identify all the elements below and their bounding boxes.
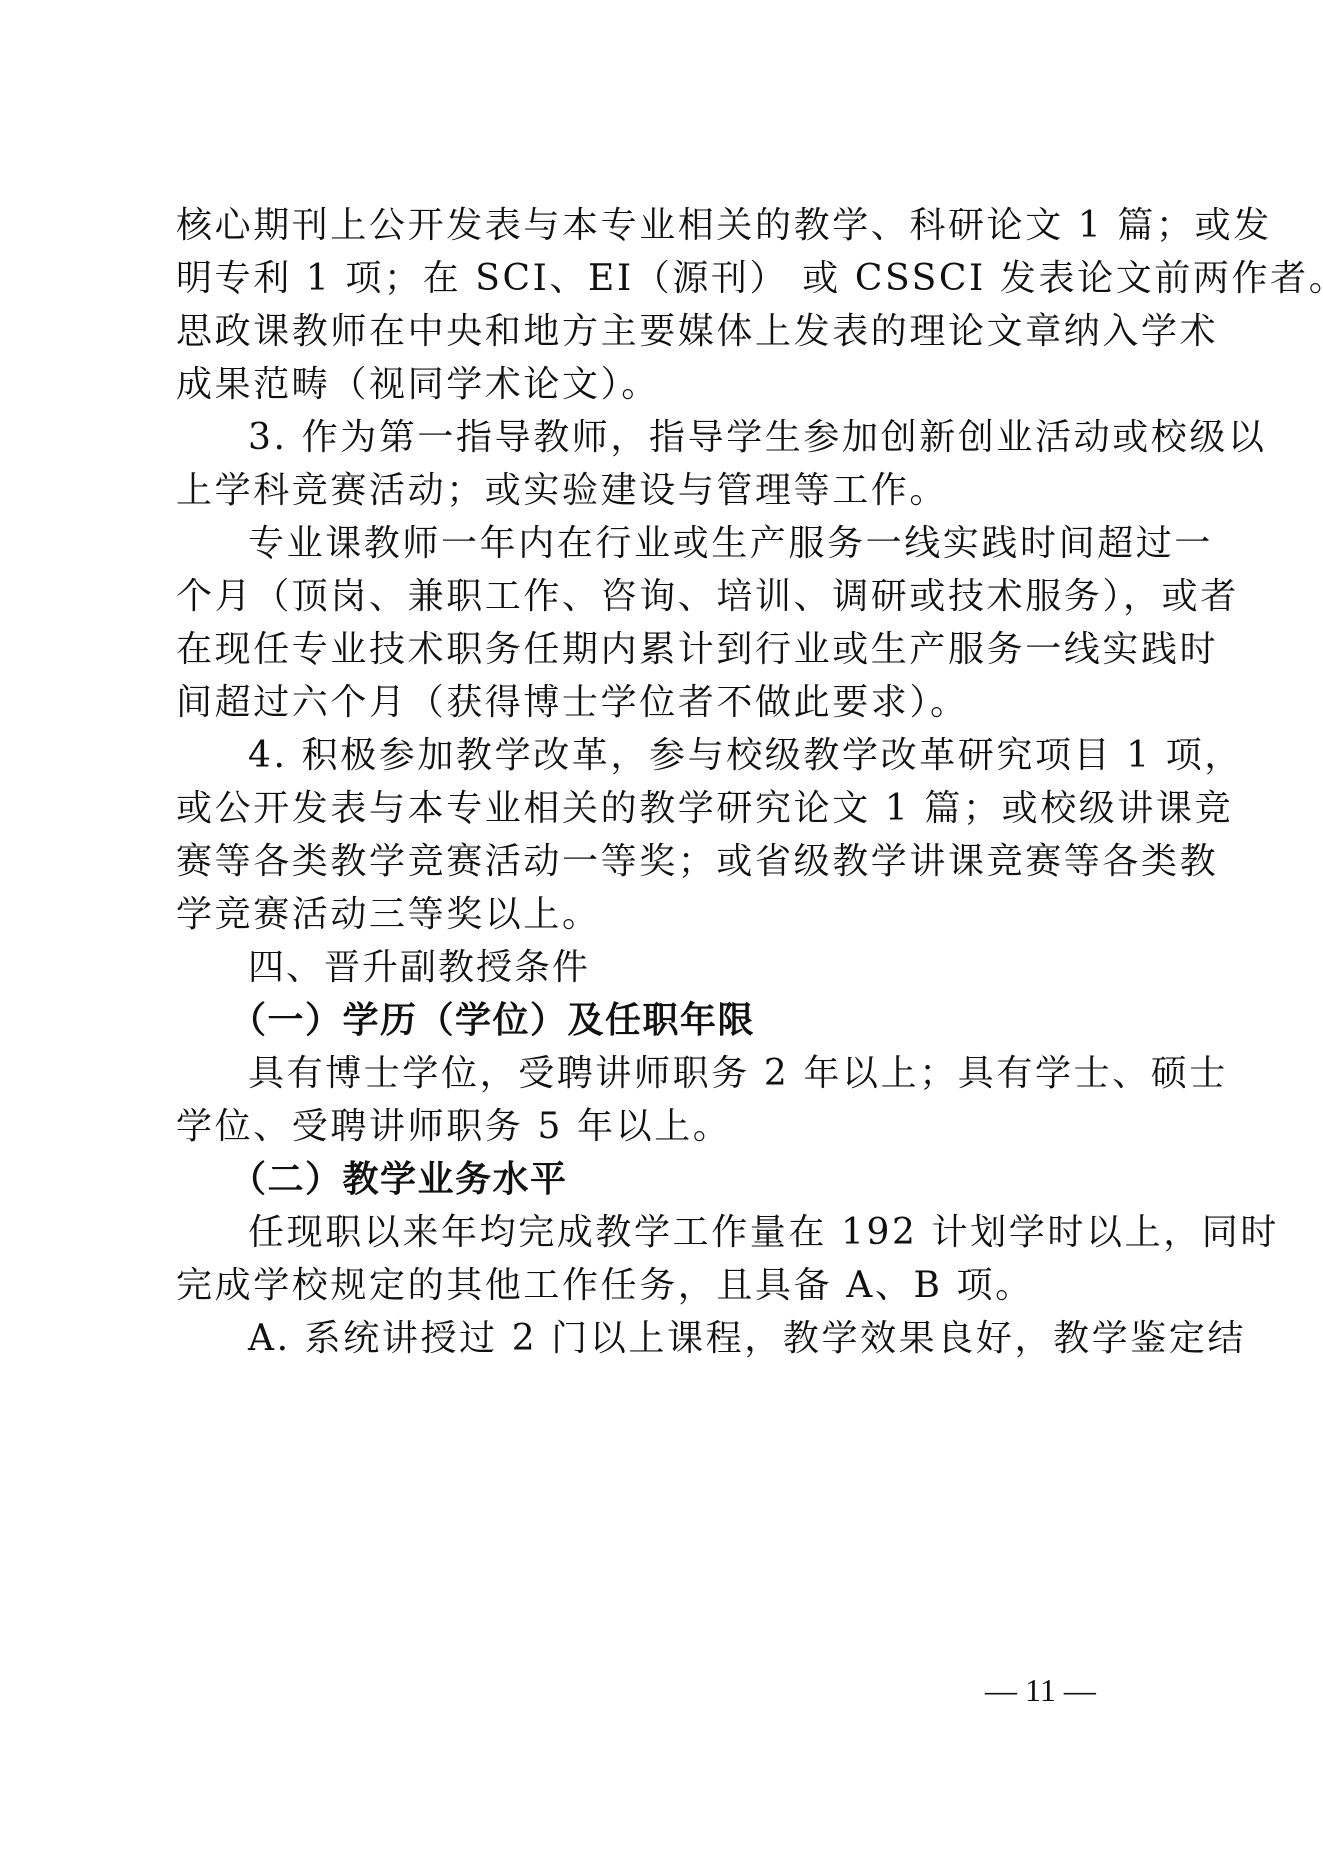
paragraph-line: 个月（顶岗、兼职工作、咨询、培训、调研或技术服务），或者 bbox=[176, 577, 1148, 617]
paragraph-line: 学竞赛活动三等奖以上。 bbox=[176, 895, 1148, 935]
list-item-3: 3. 作为第一指导教师，指导学生参加创新创业活动或校级以 bbox=[248, 418, 1148, 458]
paragraph-line: 赛等各类教学竞赛活动一等奖；或省级教学讲课竞赛等各类教 bbox=[176, 842, 1148, 882]
paragraph-line: 具有博士学位，受聘讲师职务 2 年以上；具有学士、硕士 bbox=[248, 1054, 1148, 1094]
list-item-a: A. 系统讲授过 2 门以上课程，教学效果良好，教学鉴定结 bbox=[248, 1319, 1148, 1359]
paragraph-line: 完成学校规定的其他工作任务，且具备 A、B 项。 bbox=[176, 1266, 1148, 1306]
list-item-4: 4. 积极参加教学改革，参与校级教学改革研究项目 1 项， bbox=[248, 736, 1148, 776]
subsection-heading: （一）学历（学位）及任职年限 bbox=[230, 1001, 1202, 1041]
paragraph-line: 明专利 1 项；在 SCI、EI（源刊） 或 CSSCI 发表论文前两作者。 bbox=[176, 259, 1148, 299]
paragraph-line: 专业课教师一年内在行业或生产服务一线实践时间超过一 bbox=[248, 524, 1148, 564]
paragraph-line: 或公开发表与本专业相关的教学研究论文 1 篇；或校级讲课竞 bbox=[176, 789, 1148, 829]
paragraph-line: 学位、受聘讲师职务 5 年以上。 bbox=[176, 1107, 1148, 1147]
paragraph-line: 上学科竞赛活动；或实验建设与管理等工作。 bbox=[176, 471, 1148, 511]
paragraph-line: 核心期刊上公开发表与本专业相关的教学、科研论文 1 篇；或发 bbox=[176, 206, 1148, 246]
paragraph-line: 成果范畴（视同学术论文）。 bbox=[176, 365, 1148, 405]
paragraph-line: 在现任专业技术职务任期内累计到行业或生产服务一线实践时 bbox=[176, 630, 1148, 670]
document-page: 核心期刊上公开发表与本专业相关的教学、科研论文 1 篇；或发 明专利 1 项；在… bbox=[0, 0, 1323, 1871]
paragraph-line: 间超过六个月（获得博士学位者不做此要求）。 bbox=[176, 683, 1148, 723]
paragraph-line: 任现职以来年均完成教学工作量在 192 计划学时以上，同时 bbox=[248, 1213, 1148, 1253]
section-heading: 四、晋升副教授条件 bbox=[248, 948, 1220, 988]
page-number: — 11 — bbox=[985, 1672, 1096, 1708]
paragraph-line: 思政课教师在中央和地方主要媒体上发表的理论文章纳入学术 bbox=[176, 312, 1148, 352]
subsection-heading: （二）教学业务水平 bbox=[230, 1160, 1202, 1200]
